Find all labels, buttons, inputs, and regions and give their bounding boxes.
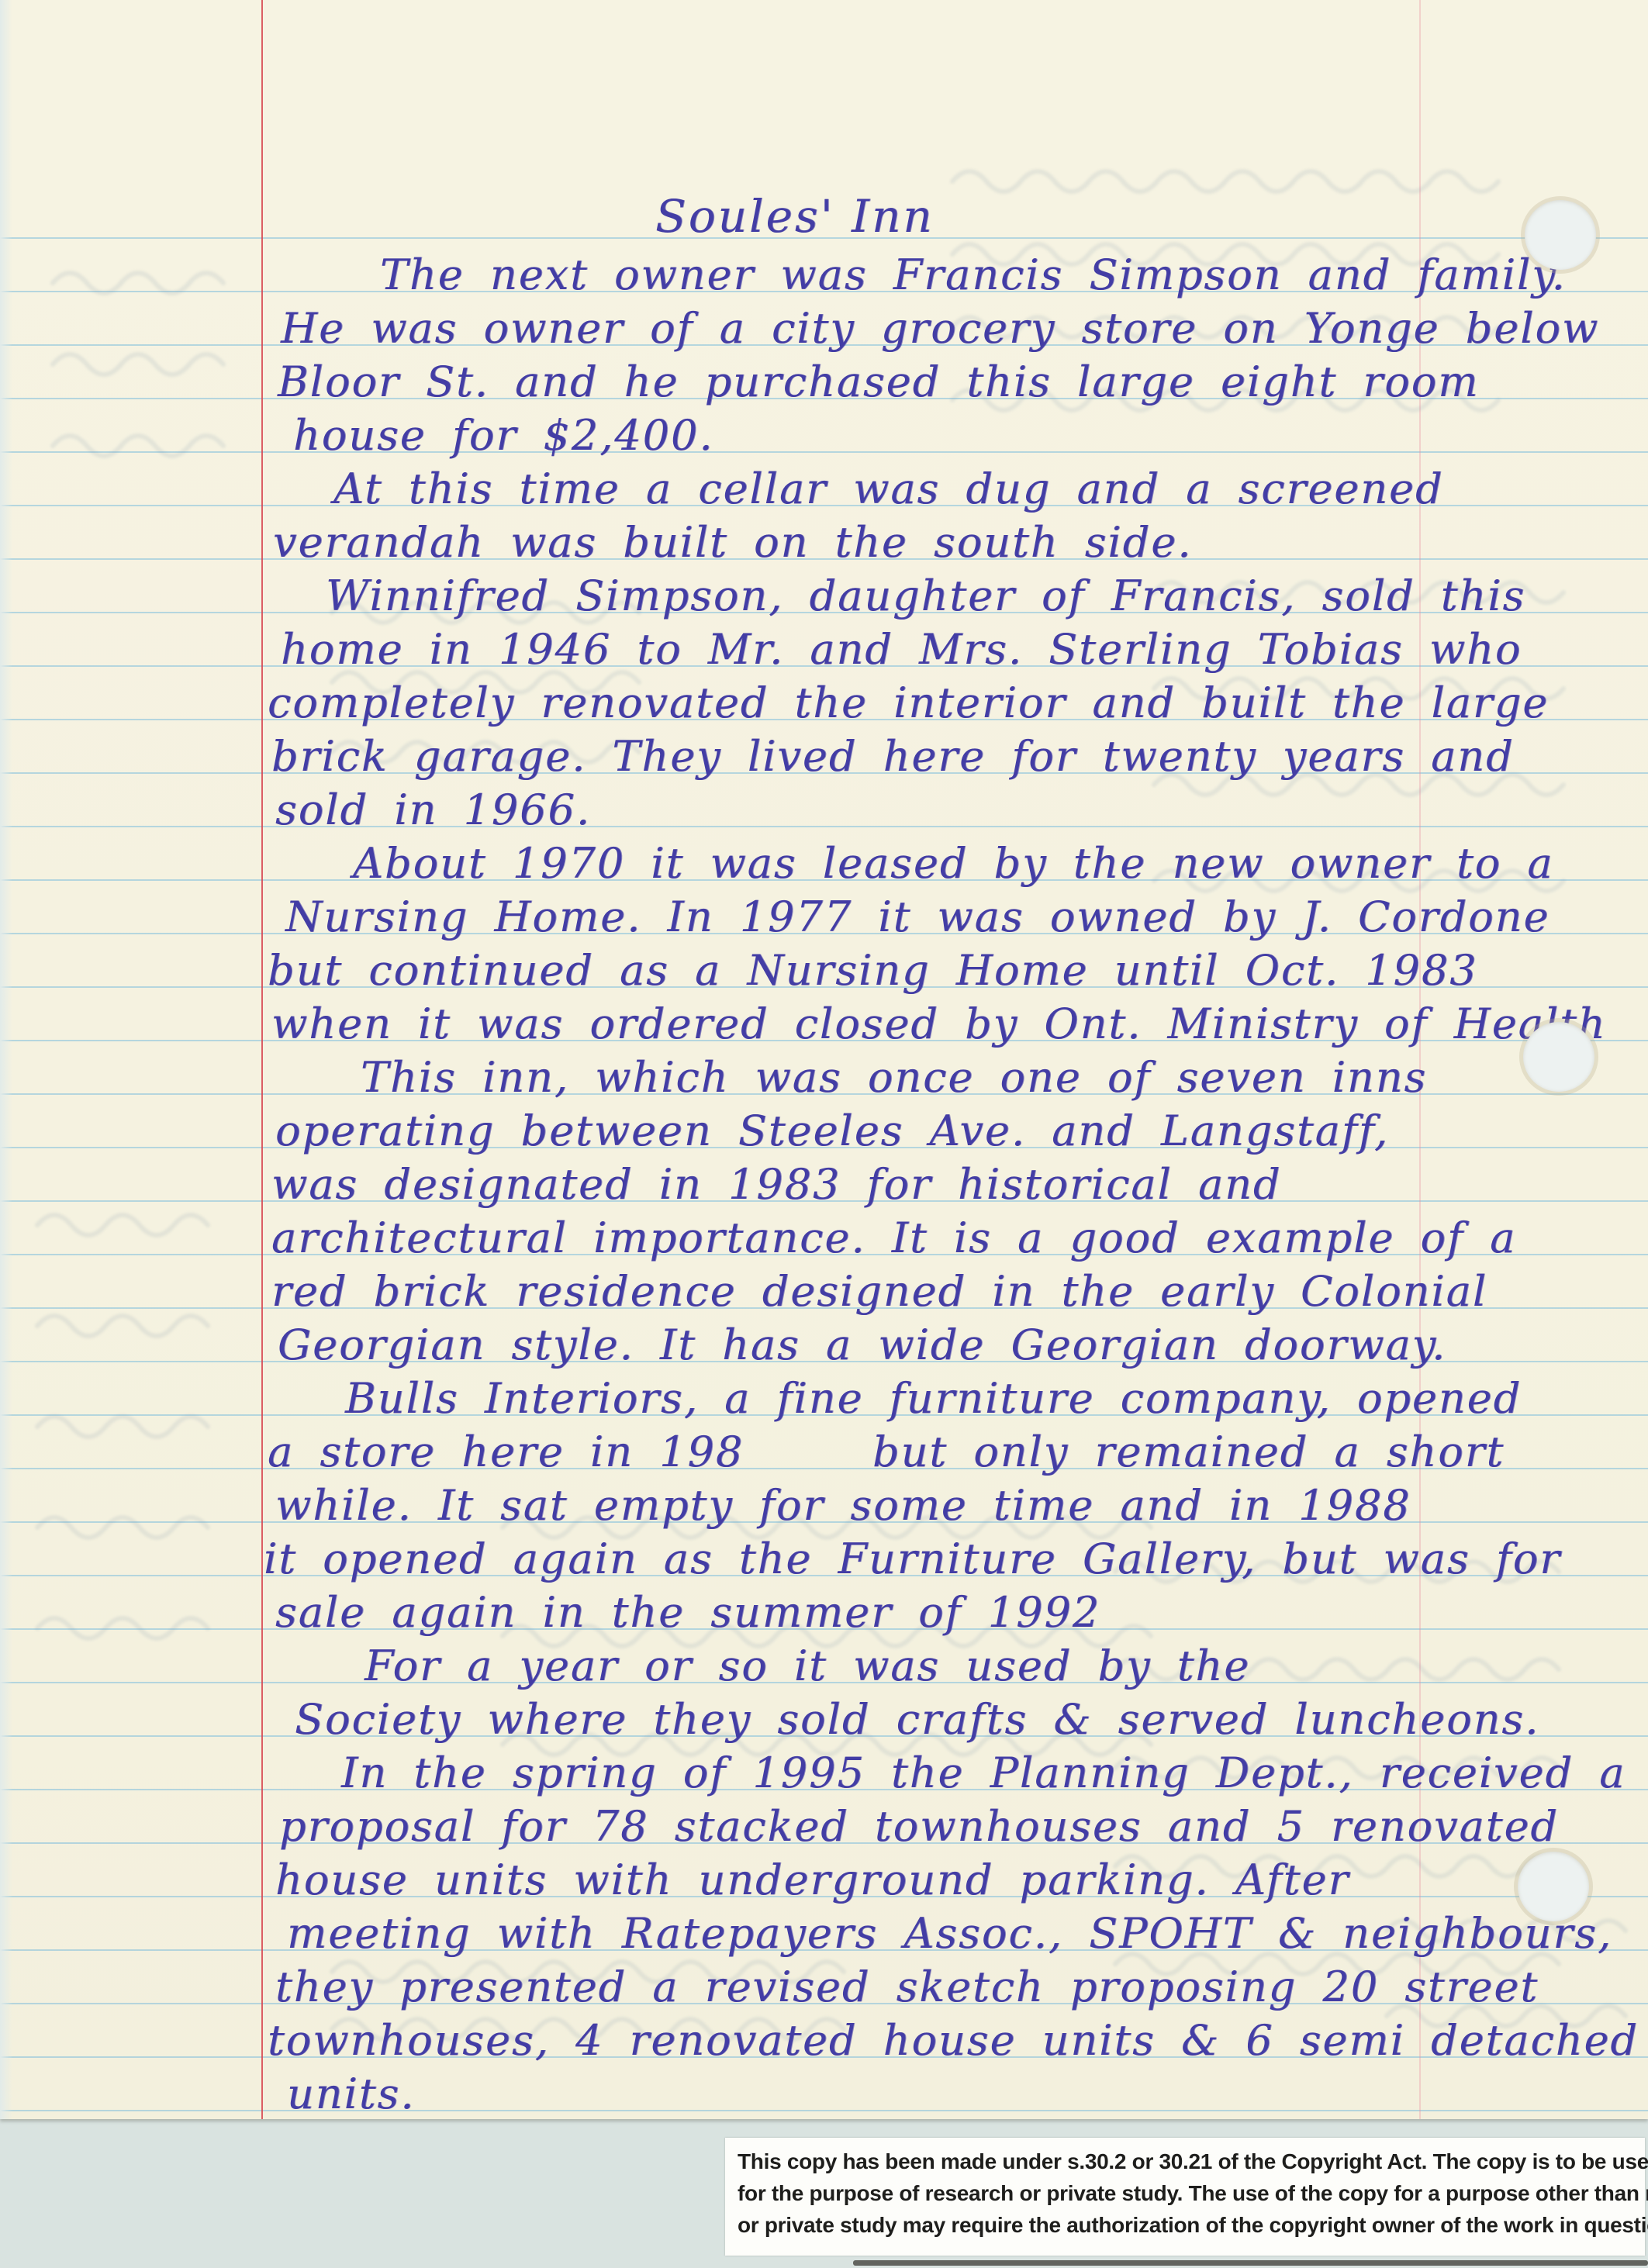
scan-artifact-line	[853, 2260, 1648, 2266]
handwritten-line: Winnifred Simpson, daughter of Francis, …	[326, 573, 1525, 620]
handwritten-line: Georgian style. It has a wide Georgian d…	[278, 1322, 1446, 1369]
copyright-stamp: This copy has been made under s.30.2 or …	[725, 2138, 1645, 2256]
handwritten-line: but continued as a Nursing Home until Oc…	[268, 948, 1478, 994]
handwritten-line: For a year or so it was used by the	[364, 1643, 1250, 1690]
handwritten-line: a store here in 198 but only remained a …	[268, 1429, 1505, 1476]
stamp-line: This copy has been made under s.30.2 or …	[738, 2145, 1632, 2177]
handwritten-line: house units with underground parking. Af…	[275, 1857, 1349, 1904]
handwritten-line: red brick residence designed in the earl…	[271, 1269, 1487, 1315]
handwritten-line: was designated in 1983 for historical an…	[271, 1162, 1281, 1208]
ink-bleed-through	[31, 1124, 240, 1729]
stamp-line: or private study may require the authori…	[738, 2209, 1632, 2241]
handwritten-line: sale again in the summer of 1992	[275, 1590, 1100, 1636]
handwritten-line: In the spring of 1995 the Planning Dept.…	[341, 1750, 1626, 1797]
handwritten-line: At this time a cellar was dug and a scre…	[333, 466, 1444, 513]
handwritten-line: meeting with Ratepayers Assoc., SPOHT & …	[287, 1911, 1612, 1957]
ink-bleed-through	[47, 202, 233, 527]
handwritten-line: home in 1946 to Mr. and Mrs. Sterling To…	[281, 627, 1522, 673]
handwritten-line: operating between Steeles Ave. and Langs…	[275, 1108, 1389, 1155]
handwritten-line: He was owner of a city grocery store on …	[281, 306, 1599, 352]
punch-hole	[1518, 1852, 1589, 1921]
scanner-edge	[0, 0, 12, 2119]
handwritten-line: verandah was built on the south side.	[273, 520, 1192, 566]
handwritten-line: Society where they sold crafts & served …	[295, 1697, 1539, 1743]
handwritten-line: house for $2,400.	[293, 413, 714, 459]
punch-hole	[1523, 1022, 1594, 1092]
handwritten-line: sold in 1966.	[275, 787, 591, 834]
handwritten-line: proposal for 78 stacked townhouses and 5…	[279, 1804, 1559, 1850]
handwritten-line: they presented a revised sketch proposin…	[275, 1964, 1539, 2011]
handwritten-line: townhouses, 4 renovated house units & 6 …	[268, 2018, 1639, 2064]
handwritten-line: The next owner was Francis Simpson and f…	[380, 252, 1567, 299]
handwritten-line: Nursing Home. In 1977 it was owned by J.…	[285, 894, 1550, 941]
handwritten-line: This inn, which was once one of seven in…	[361, 1055, 1427, 1101]
handwritten-line: it opened again as the Furniture Gallery…	[264, 1536, 1561, 1583]
handwritten-line: when it was ordered closed by Ont. Minis…	[271, 1001, 1607, 1048]
handwritten-line: Bloor St. and he purchased this large ei…	[278, 359, 1479, 406]
punch-hole	[1525, 200, 1596, 270]
handwritten-line: architectural importance. It is a good e…	[271, 1215, 1516, 1262]
document-title: Soules' Inn	[655, 192, 935, 240]
notepaper-sheet: Soules' Inn The next owner was Francis S…	[0, 0, 1648, 2119]
handwritten-line: units.	[287, 2071, 415, 2118]
handwritten-line: brick garage. They lived here for twenty…	[271, 734, 1515, 780]
red-margin-line	[261, 0, 263, 2119]
stamp-line: for the purpose of research or private s…	[738, 2177, 1632, 2209]
handwritten-line: About 1970 it was leased by the new owne…	[353, 841, 1554, 887]
scanned-page: Soules' Inn The next owner was Francis S…	[0, 0, 1648, 2268]
handwritten-line: completely renovated the interior and bu…	[268, 680, 1549, 727]
handwritten-line: Bulls Interiors, a fine furniture compan…	[345, 1376, 1522, 1422]
handwritten-line: while. It sat empty for some time and in…	[275, 1483, 1411, 1529]
